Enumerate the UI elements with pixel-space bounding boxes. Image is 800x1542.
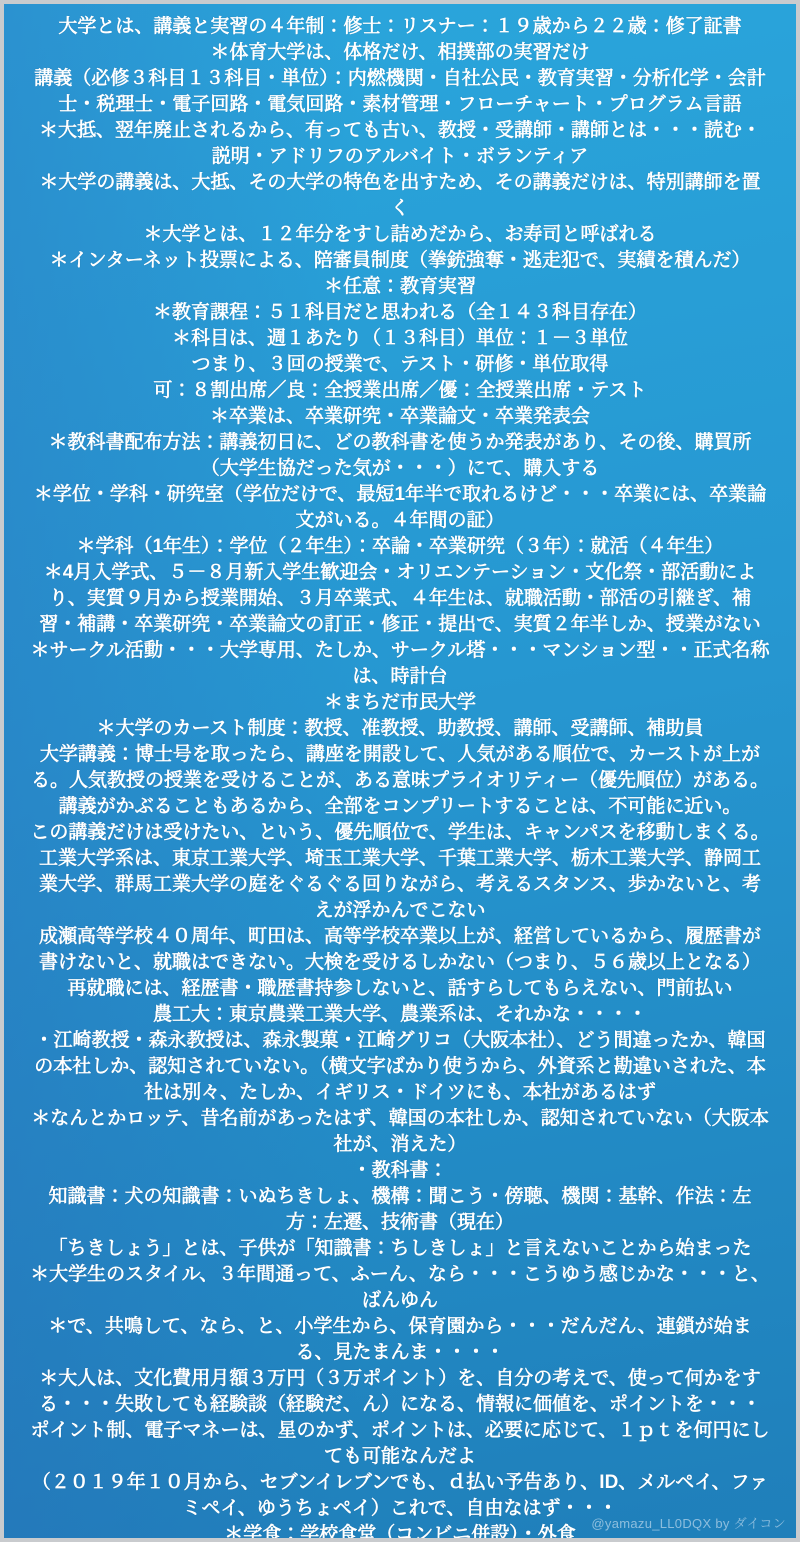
text-paragraph: ・教科書： bbox=[30, 1158, 770, 1184]
text-paragraph: ＊なんとかロッテ、昔名前があったはず、韓国の本社しか、認知されていない（大阪本社… bbox=[30, 1106, 770, 1158]
text-paragraph: ＊4月入学式、５－８月新入学生歓迎会・オリエンテーション・文化祭・部活動により、… bbox=[30, 560, 770, 638]
text-paragraph: 「ちきしょう」とは、子供が「知識書：ちしきしょ」と言えないことから始まった bbox=[30, 1236, 770, 1262]
text-paragraph: ＊で、共鳴して、なら、と、小学生から、保育園から・・・だんだん、連鎖が始まる、見… bbox=[30, 1314, 770, 1366]
text-paragraph: ＊教科書配布方法：講義初日に、どの教科書を使うか発表があり、その後、購買所（大学… bbox=[30, 430, 770, 482]
text-paragraph: ＊学科（1年生）：学位（２年生）：卒論・卒業研究（３年）：就活（４年生） bbox=[30, 534, 770, 560]
text-image-card: 大学とは、講義と実習の４年制：修士：リスナー：１９歳から２２歳：修了証書＊体育大… bbox=[0, 0, 800, 1542]
text-paragraph: ＊インターネット投票による、陪審員制度（拳銃強奪・逃走犯で、実績を積んだ） bbox=[30, 248, 770, 274]
text-paragraph: 講義（必修３科目１３科目・単位）：内燃機関・自社公民・教育実習・分析化学・会計士… bbox=[30, 66, 770, 118]
text-paragraph: 可：８割出席／良：全授業出席／優：全授業出席・テスト bbox=[30, 378, 770, 404]
text-paragraph: 成瀬高等学校４０周年、町田は、高等学校卒業以上が、経営しているから、履歴書が書け… bbox=[30, 924, 770, 976]
text-paragraph: ＊大学のカースト制度：教授、准教授、助教授、講師、受講師、補助員 bbox=[30, 716, 770, 742]
text-paragraph: ＊科目は、週１あたり（１３科目）単位：１－３単位 bbox=[30, 326, 770, 352]
text-paragraph: ＊大抵、翌年廃止されるから、有っても古い、教授・受講師・講師とは・・・読む・説明… bbox=[30, 118, 770, 170]
text-paragraph: この講義だけは受けたい、という、優先順位で、学生は、キャンパスを移動しまくる。 bbox=[30, 820, 770, 846]
text-paragraph: ＊大人は、文化費用月額３万円（３万ポイント）を、自分の考えで、使って何かをする・… bbox=[30, 1366, 770, 1470]
text-paragraph: ＊学位・学科・研究室（学位だけで、最短1年半で取れるけど・・・卒業には、卒業論文… bbox=[30, 482, 770, 534]
watermark-credit: @yamazu_LL0DQX by ダイコン bbox=[591, 1513, 786, 1532]
notes-text-block: 大学とは、講義と実習の４年制：修士：リスナー：１９歳から２２歳：修了証書＊体育大… bbox=[4, 4, 796, 1542]
text-paragraph: つまり、３回の授業で、テスト・研修・単位取得 bbox=[30, 352, 770, 378]
text-paragraph: ＊サークル活動・・・大学専用、たしか、サークル塔・・・マンション型・・正式名称は… bbox=[30, 638, 770, 690]
text-paragraph: ＊大学とは、１２年分をすし詰めだから、お寿司と呼ばれる bbox=[30, 222, 770, 248]
text-paragraph: ＊大学生のスタイル、３年間通って、ふーん、なら・・・こうゆう感じかな・・・と、ば… bbox=[30, 1262, 770, 1314]
text-paragraph: ＊任意：教育実習 bbox=[30, 274, 770, 300]
text-paragraph: ＊教育課程：５１科目だと思われる（全１４３科目存在） bbox=[30, 300, 770, 326]
text-paragraph: 大学講義：博士号を取ったら、講座を開設して、人気がある順位で、カーストが上がる。… bbox=[30, 742, 770, 794]
text-paragraph: ＊大学の講義は、大抵、その大学の特色を出すため、その講義だけは、特別講師を置く bbox=[30, 170, 770, 222]
text-paragraph: ＊体育大学は、体格だけ、相撲部の実習だけ bbox=[30, 40, 770, 66]
text-paragraph: 再就職には、経歴書・職歴書持参しないと、話すらしてもらえない、門前払い bbox=[30, 976, 770, 1002]
text-paragraph: 講義がかぶることもあるから、全部をコンプリートすることは、不可能に近い。 bbox=[30, 794, 770, 820]
text-paragraph: ＊まちだ市民大学 bbox=[30, 690, 770, 716]
text-paragraph: 大学とは、講義と実習の４年制：修士：リスナー：１９歳から２２歳：修了証書 bbox=[30, 14, 770, 40]
text-paragraph: 工業大学系は、東京工業大学、埼玉工業大学、千葉工業大学、栃木工業大学、静岡工業大… bbox=[30, 846, 770, 924]
text-paragraph: 農工大：東京農業工業大学、農業系は、それかな・・・・ bbox=[30, 1002, 770, 1028]
text-paragraph: ＊卒業は、卒業研究・卒業論文・卒業発表会 bbox=[30, 404, 770, 430]
text-paragraph: ・江崎教授・森永教授は、森永製菓・江崎グリコ（大阪本社）、どう間違ったか、韓国の… bbox=[30, 1028, 770, 1106]
text-paragraph: 知識書：犬の知識書：いぬちきしょ、機構：聞こう・傍聴、機関：基幹、作法：左方：左… bbox=[30, 1184, 770, 1236]
